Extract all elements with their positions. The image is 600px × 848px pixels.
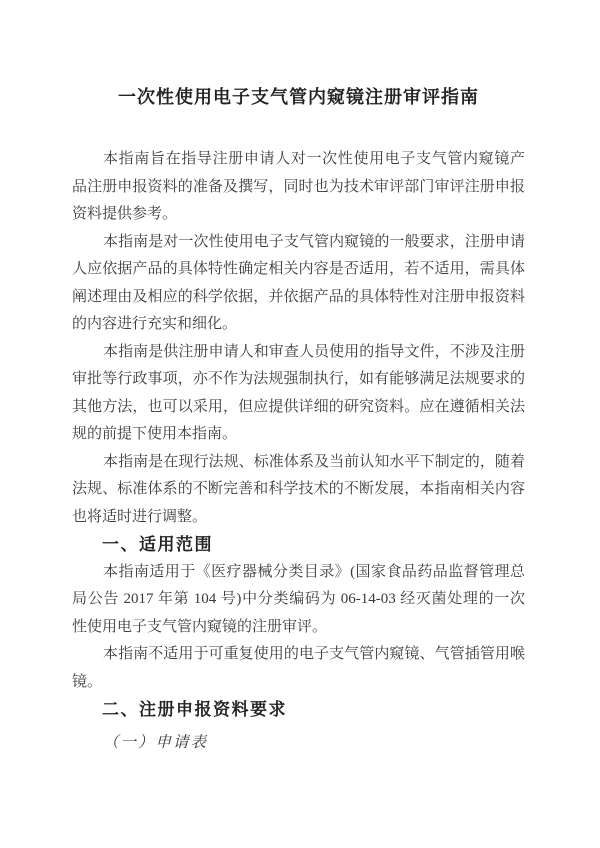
document-title: 一次性使用电子支气管内窥镜注册审评指南 bbox=[72, 86, 525, 108]
subsection-1-heading: （一）申请表 bbox=[72, 729, 525, 757]
intro-paragraph-1-line-1: 本指南旨在指导注册申请人对一次性使用电子支气管内窥镜产 bbox=[72, 146, 525, 174]
intro-paragraph-4-line-3: 也将适时进行调整。 bbox=[72, 504, 525, 532]
scope-paragraph-1-line-2: 局公告 2017 年第 104 号)中分类编码为 06-14-03 经灭菌处理的… bbox=[72, 586, 525, 614]
scope-paragraph-1-line-3: 性使用电子支气管内窥镜的注册审评。 bbox=[72, 614, 525, 642]
scope-paragraph-2-line-2: 镜。 bbox=[72, 669, 525, 697]
intro-paragraph-2-line-1: 本指南是对一次性使用电子支气管内窥镜的一般要求，注册申请 bbox=[72, 229, 525, 257]
scope-paragraph-2-line-1: 本指南不适用于可重复使用的电子支气管内窥镜、气管插管用喉 bbox=[72, 641, 525, 669]
intro-paragraph-3-line-1: 本指南是供注册申请人和审查人员使用的指导文件，不涉及注册 bbox=[72, 339, 525, 367]
intro-paragraph-4-line-1: 本指南是在现行法规、标准体系及当前认知水平下制定的，随着 bbox=[72, 449, 525, 477]
document-body: 本指南旨在指导注册申请人对一次性使用电子支气管内窥镜产品注册申报资料的准备及撰写… bbox=[72, 146, 525, 756]
section-1-heading: 一、适用范围 bbox=[72, 531, 525, 559]
section-2-heading: 二、注册申报资料要求 bbox=[72, 696, 525, 724]
intro-paragraph-2-line-4: 的内容进行充实和细化。 bbox=[72, 311, 525, 339]
intro-paragraph-3-line-4: 规的前提下使用本指南。 bbox=[72, 421, 525, 449]
intro-paragraph-3-line-3: 其他方法，也可以采用，但应提供详细的研究资料。应在遵循相关法 bbox=[72, 394, 525, 422]
intro-paragraph-3-line-2: 审批等行政事项，亦不作为法规强制执行，如有能够满足法规要求的 bbox=[72, 366, 525, 394]
intro-paragraph-2-line-2: 人应依据产品的具体特性确定相关内容是否适用，若不适用，需具体 bbox=[72, 256, 525, 284]
scope-paragraph-1-line-1: 本指南适用于《医疗器械分类目录》(国家食品药品监督管理总 bbox=[72, 559, 525, 587]
intro-paragraph-1-line-2: 品注册申报资料的准备及撰写，同时也为技术审评部门审评注册申报 bbox=[72, 174, 525, 202]
intro-paragraph-1-line-3: 资料提供参考。 bbox=[72, 201, 525, 229]
document-page: 一次性使用电子支气管内窥镜注册审评指南 本指南旨在指导注册申请人对一次性使用电子… bbox=[0, 0, 600, 848]
intro-paragraph-4-line-2: 法规、标准体系的不断完善和科学技术的不断发展，本指南相关内容 bbox=[72, 476, 525, 504]
intro-paragraph-2-line-3: 阐述理由及相应的科学依据，并依据产品的具体特性对注册申报资料 bbox=[72, 284, 525, 312]
